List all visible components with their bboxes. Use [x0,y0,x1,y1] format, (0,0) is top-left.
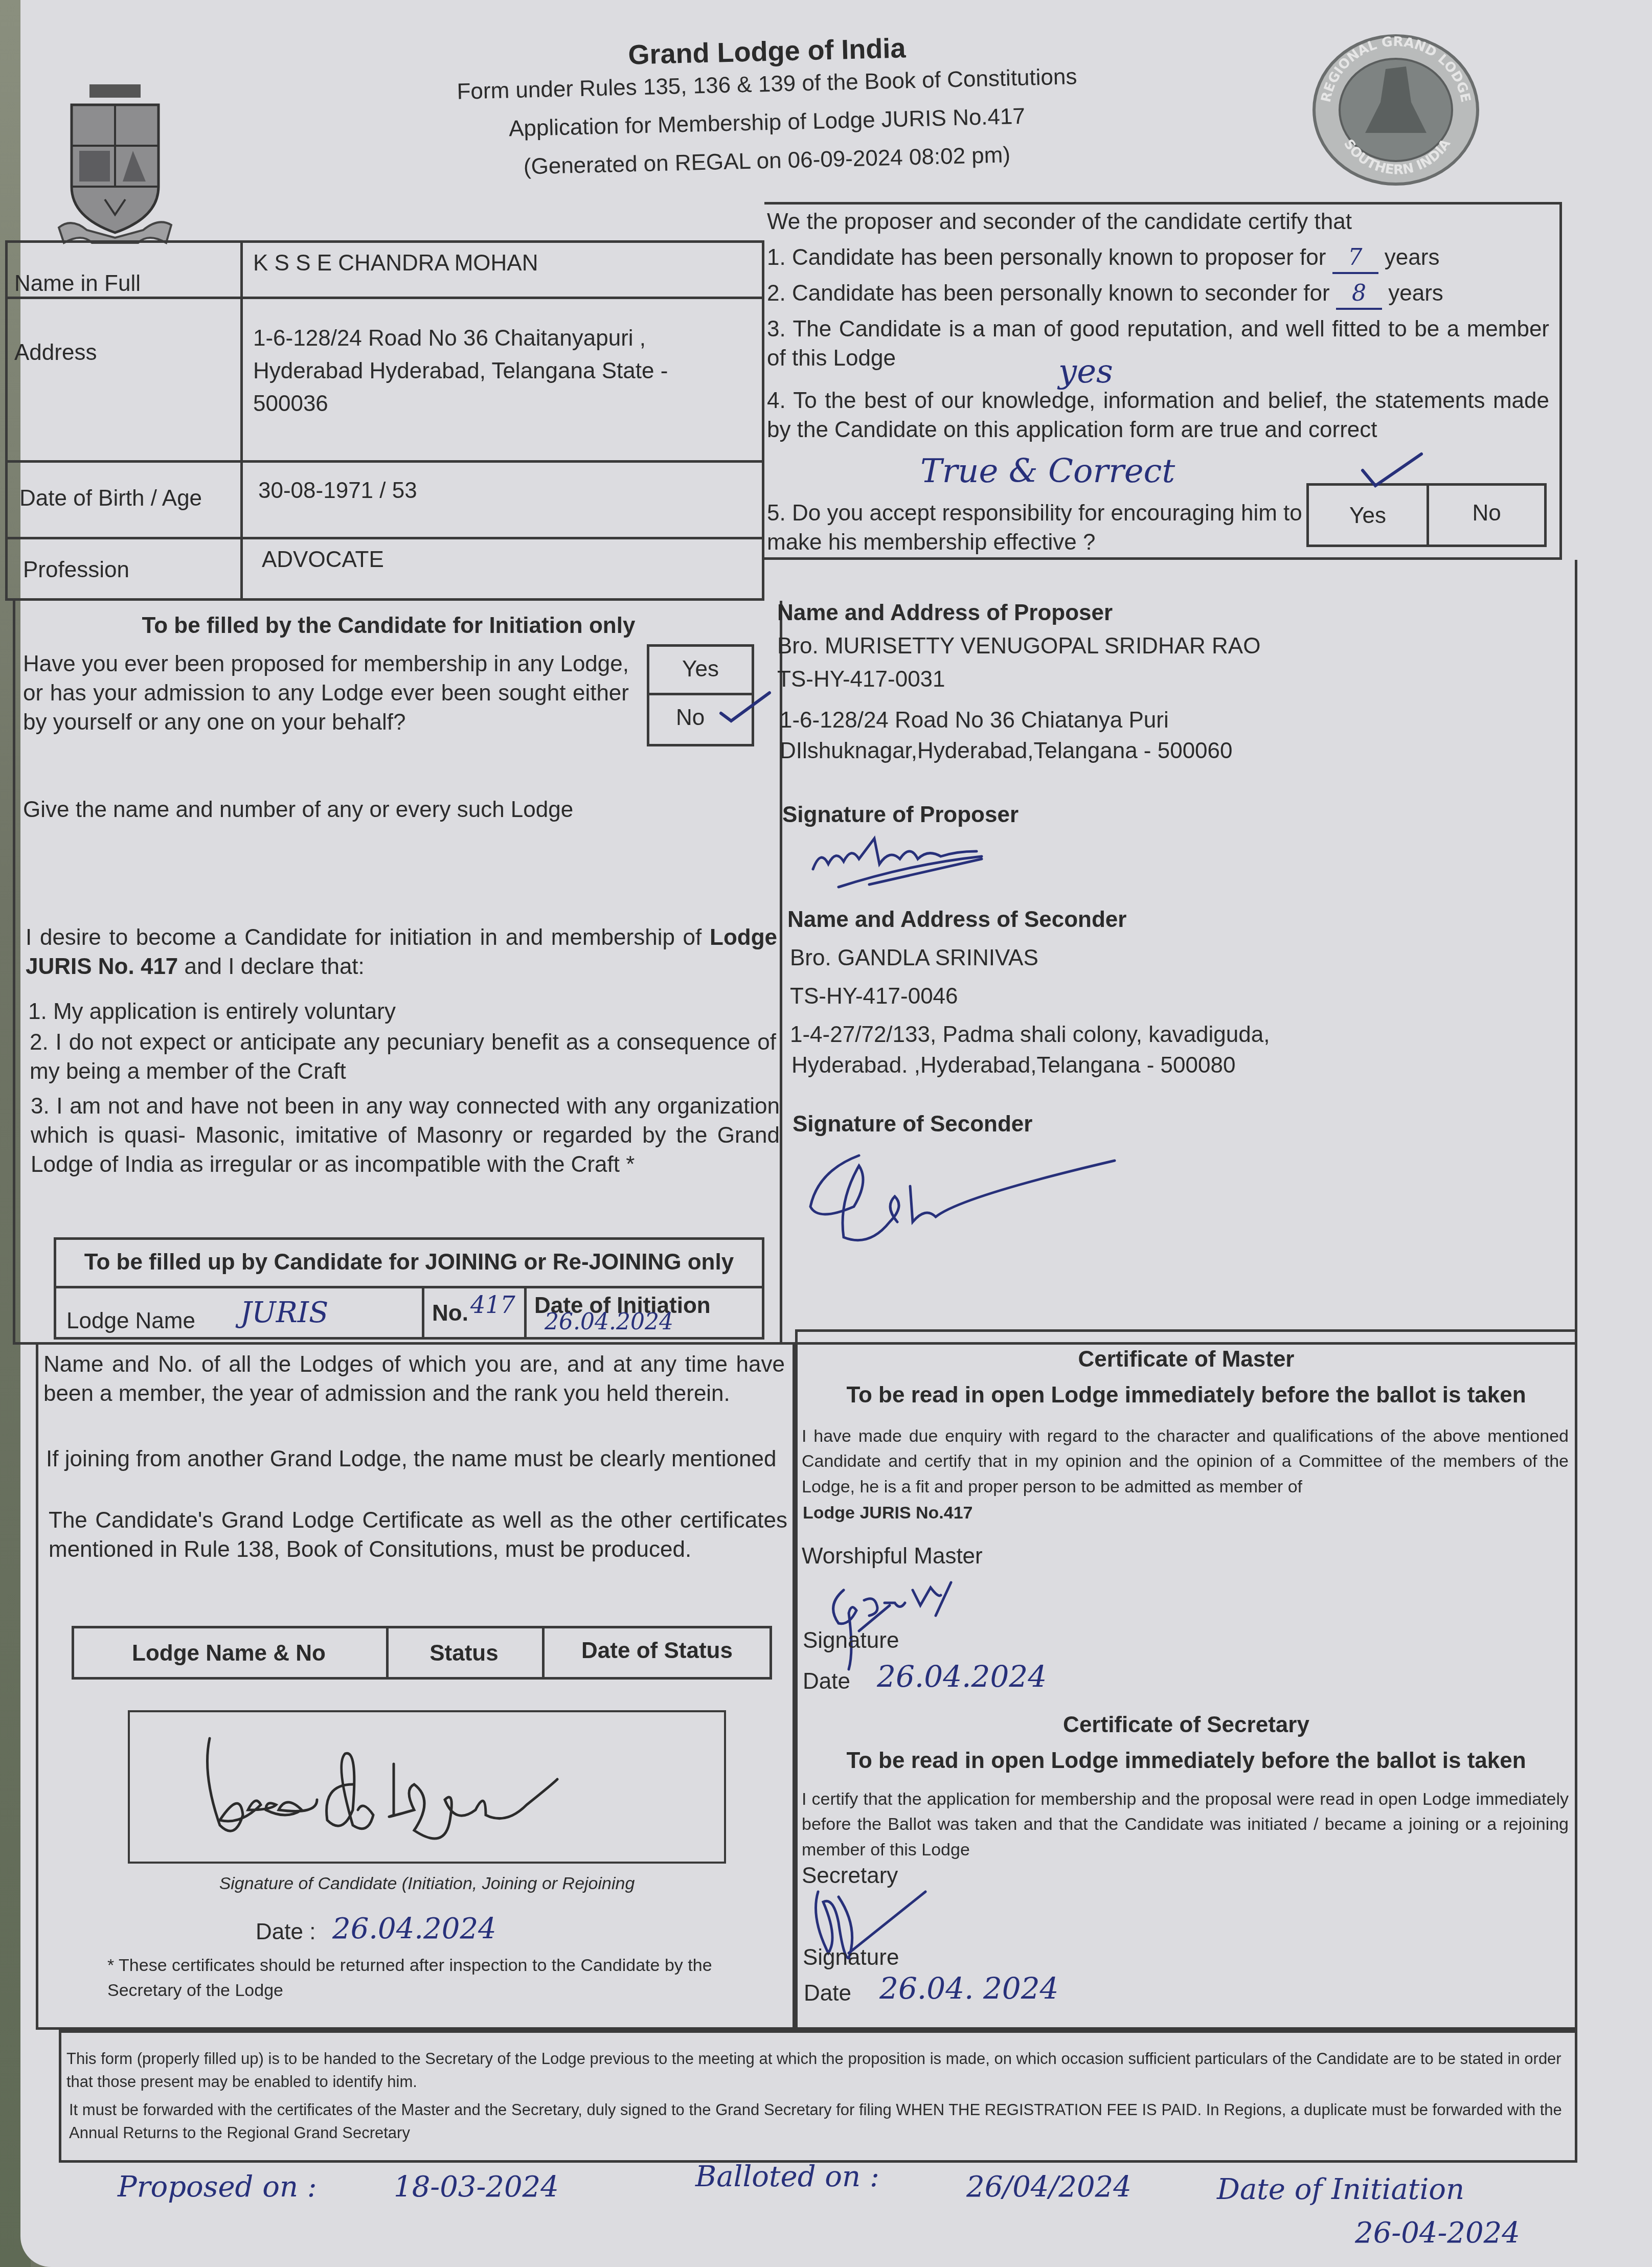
years-label: years [1388,281,1443,306]
item-5-yes-option[interactable]: Yes [1309,501,1427,530]
certificates-footnote: * These certificates should be returned … [107,1953,772,2004]
master-signature-label: Signature [803,1626,899,1655]
secretary-cert-body: I certify that the application for membe… [802,1787,1569,1863]
certify-item-4: 4. To the best of our knowledge, informa… [767,386,1549,444]
candidate-date-label: Date : [256,1917,315,1946]
name-label: Name in Full [14,271,141,297]
seconder-name: Bro. GANDLA SRINIVAS [790,943,1038,972]
regional-grand-lodge-seal-icon: REGIONAL GRAND LODGE SOUTHERN INDIA [1309,31,1483,189]
joining-lodge-name-label: Lodge Name [66,1306,195,1335]
certify-item-2-text: 2. Candidate has been personally known t… [767,281,1330,306]
proposed-on-label: Proposed on : [118,2170,317,2204]
table-divider [5,297,764,299]
worshipful-master-label: Worshipful Master [802,1541,983,1571]
seconder-signature[interactable] [808,1150,1125,1255]
declaration-intro-end: and I declare that: [185,954,365,979]
master-cert-body: I have made due enquiry with regard to t… [802,1424,1569,1500]
dob-value: 30-08-1971 / 53 [258,478,417,504]
profession-value: ADVOCATE [262,547,384,573]
joining-date-field[interactable]: 26.04.2024 [545,1309,673,1335]
proposer-years-field[interactable]: 7 [1332,243,1378,274]
declaration-item-3: 3. I am not and have not been in any way… [31,1092,780,1180]
secretary-label: Secretary [802,1861,898,1890]
proposer-signature-label: Signature of Proposer [782,800,1019,829]
master-cert-subheading: To be read in open Lodge immediately bef… [798,1380,1575,1410]
certify-item-1: 1. Candidate has been personally known t… [767,243,1554,274]
joining-heading: To be filled up by Candidate for JOINING… [56,1248,762,1277]
lodges-column-status: Status [389,1639,539,1668]
balloted-on-label: Balloted on : [695,2160,879,2193]
proposer-address-line-2: DIlshuknagar,Hyderabad,Telangana - 50006… [780,736,1233,765]
declaration-item-2: 2. I do not expect or anticipate any pec… [30,1028,776,1086]
secretary-date-label: Date [804,1979,851,2008]
years-label: years [1385,245,1440,270]
initiation-date-value[interactable]: 26-04-2024 [1355,2216,1520,2250]
seconder-years-field[interactable]: 8 [1336,279,1382,310]
initiation-heading: To be filled by the Candidate for Initia… [51,611,726,640]
seconder-heading: Name and Address of Seconder [787,905,1126,934]
initiation-no-checkmark-icon [718,690,775,729]
lodges-text-2: If joining from another Grand Lodge, the… [46,1444,785,1473]
joining-no-label: No. [432,1299,468,1328]
proposed-on-date[interactable]: 18-03-2024 [394,2170,559,2204]
certify-intro: We the proposer and seconder of the cand… [767,207,1554,236]
table-divider [54,1286,764,1288]
balloted-on-date[interactable]: 26/04/2024 [966,2170,1131,2204]
candidate-signature-caption: Signature of Candidate (Initiation, Join… [82,1874,772,1894]
lodges-column-date: Date of Status [545,1636,770,1665]
table-divider [5,537,764,539]
master-date-field[interactable]: 26.04.2024 [877,1659,1047,1694]
proposer-name: Bro. MURISETTY VENUGOPAL SRIDHAR RAO [777,631,1260,661]
secretary-cert-heading: Certificate of Secretary [798,1710,1575,1739]
item-5-no-option[interactable]: No [1429,498,1544,528]
grand-lodge-crest-icon [56,79,174,248]
proposer-signature[interactable] [808,828,1063,897]
profession-label: Profession [23,557,129,583]
secretary-signature-label: Signature [803,1943,899,1972]
footer-note-1: This form (properly filled up) is to be … [66,2048,1570,2094]
master-cert-heading: Certificate of Master [798,1345,1575,1374]
item-3-answer[interactable]: yes [1058,353,1113,391]
seconder-id: TS-HY-417-0046 [790,982,958,1011]
item-4-answer[interactable]: True & Correct [920,452,1175,490]
seconder-address-line-1: 1-4-27/72/133, Padma shali colony, kavad… [790,1020,1270,1049]
declaration-intro: I desire to become a Candidate for initi… [26,923,777,981]
lodge-name-prompt: Give the name and number of any or every… [23,795,573,824]
candidate-date-field[interactable]: 26.04.2024 [332,1912,496,1945]
declaration-item-1: 1. My application is entirely voluntary [28,997,775,1026]
certify-item-2: 2. Candidate has been personally known t… [767,279,1554,310]
table-divider [240,240,243,601]
joining-no-field[interactable]: 417 [470,1291,515,1319]
master-date-label: Date [803,1667,850,1696]
dob-label: Date of Birth / Age [19,486,202,511]
seconder-signature-label: Signature of Seconder [793,1109,1032,1139]
proposer-id: TS-HY-417-0031 [777,665,945,694]
certify-item-5: 5. Do you accept responsibility for enco… [767,498,1304,557]
joining-lodge-name-field[interactable]: JURIS [240,1296,328,1329]
table-divider [422,1286,424,1340]
address-value: 1-6-128/24 Road No 36 Chaitanyapuri , Hy… [253,322,739,420]
initiation-yes-option[interactable]: Yes [649,654,752,684]
candidate-signature [199,1733,685,1853]
declaration-intro-text: I desire to become a Candidate for initi… [26,925,701,950]
table-divider [524,1286,527,1340]
address-label: Address [14,340,97,366]
seconder-address-line-2: Hyderabad. ,Hyderabad,Telangana - 500080 [791,1051,1235,1080]
lodges-text-3: The Candidate's Grand Lodge Certificate … [49,1506,787,1564]
proposer-address-line-1: 1-6-128/24 Road No 36 Chiatanya Puri [780,706,1169,735]
master-cert-lodge: Lodge JURIS No.417 [803,1501,973,1526]
secretary-cert-subheading: To be read in open Lodge immediately bef… [798,1746,1575,1775]
lodges-text-1: Name and No. of all the Lodges of which … [43,1350,785,1408]
proposer-heading: Name and Address of Proposer [777,598,1113,627]
initiation-date-label: Date of Initiation [1217,2173,1464,2206]
secretary-date-field[interactable]: 26.04. 2024 [879,1971,1059,2006]
item-5-yes-checkmark-icon [1360,450,1427,493]
lodges-column-name: Lodge Name & No [74,1639,383,1668]
certify-item-3: 3. The Candidate is a man of good reputa… [767,314,1549,373]
footer-note-2: It must be forwarded with the certificat… [69,2099,1572,2145]
certify-item-1-text: 1. Candidate has been personally known t… [767,245,1326,270]
name-value: K S S E CHANDRA MOHAN [253,251,538,276]
table-divider [5,460,764,463]
initiation-question: Have you ever been proposed for membersh… [23,649,629,737]
